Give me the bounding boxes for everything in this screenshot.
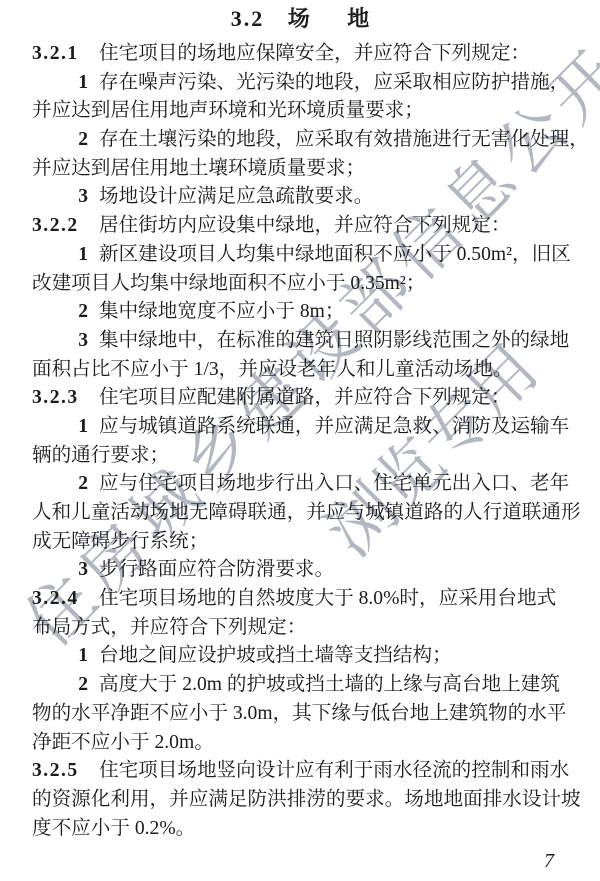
continuation-line: 人和儿童活动场地无障碍联通，并应与城镇道路的人行道联通形 [32,499,574,528]
continuation-line: 并应达到居住用地土壤环境质量要求； [32,155,574,184]
item-line: 1台地之间应设护坡或挡土墙等支挡结构； [32,642,574,671]
clause-number: 3.2.4 [32,585,99,614]
item-number: 3 [32,556,99,585]
continuation-line: 面积占比不应小于 1/3，并应设老年人和儿童活动场地。 [32,356,574,385]
page-number: 7 [544,849,554,873]
clause-line: 3.2.1住宅项目的场地应保障安全，并应符合下列规定： [32,40,574,69]
continuation-line: 净距不应小于 2.0m。 [32,729,574,758]
item-line: 2集中绿地宽度不应小于 8m； [32,298,574,327]
item-line: 1新区建设项目人均集中绿地面积不应小于 0.50m²，旧区 [32,241,574,270]
continuation-line: 成无障碍步行系统； [32,528,574,557]
item-line: 2高度大于 2.0m 的护坡或挡土墙的上缘与高台地上建筑 [32,671,574,700]
continuation-line: 物的水平净距不应小于 3.0m，其下缘与低台地上建筑物的水平 [32,700,574,729]
line-text: 住宅项目应配建附属道路，并应符合下列规定： [99,387,510,408]
section-number: 3.2 [231,6,265,31]
continuation-line: 并应达到居住用地声环境和光环境质量要求； [32,97,574,126]
line-text: 集中绿地宽度不应小于 8m； [99,301,344,322]
clause-number: 3.2.3 [32,384,99,413]
item-number: 3 [32,327,99,356]
item-number: 1 [32,413,99,442]
line-text: 应与住宅项目场地步行出入口、住宅单元出入口、老年 [99,473,569,494]
line-text: 新区建设项目人均集中绿地面积不应小于 0.50m²，旧区 [99,244,571,265]
line-text: 居住街坊内应设集中绿地，并应符合下列规定： [99,215,510,236]
document-page: 住房城乡建设部信息公开 浏览专用 3.2 场 地 3.2.1住宅项目的场地应保障… [0,0,600,881]
item-line: 2应与住宅项目场地步行出入口、住宅单元出入口、老年 [32,470,574,499]
line-text: 存在土壤污染的地段，应采取有效措施进行无害化处理， [99,129,589,150]
item-number: 2 [32,126,99,155]
section-title-word: 地 [347,6,369,31]
line-text: 场地设计应满足应急疏散要求。 [99,186,373,207]
clause-number: 3.2.1 [32,40,99,69]
line-text: 台地之间应设护坡或挡土墙等支挡结构； [99,645,452,666]
item-line: 2存在土壤污染的地段，应采取有效措施进行无害化处理， [32,126,574,155]
item-line: 3集中绿地中，在标准的建筑日照阴影线范围之外的绿地 [32,327,574,356]
line-text: 住宅项目场地的自然坡度大于 8.0%时，应采用台地式 [99,588,556,609]
item-number: 2 [32,671,99,700]
continuation-line: 的资源化利用，并应满足防洪排涝的要求。场地地面排水设计坡 [32,786,574,815]
line-text: 住宅项目场地竖向设计应有利于雨水径流的控制和雨水 [99,760,569,781]
item-number: 1 [32,241,99,270]
line-text: 应与城镇道路系统联通，并应满足急救、消防及运输车 [99,416,569,437]
item-line: 1存在噪声污染、光污染的地段，应采取相应防护措施， [32,69,574,98]
item-number: 1 [32,69,99,98]
line-text: 存在噪声污染、光污染的地段，应采取相应防护措施， [99,72,569,93]
continuation-line: 度不应小于 0.2%。 [32,815,574,844]
continuation-line: 布局方式，并应符合下列规定： [32,614,574,643]
section-title-word: 场 [288,6,310,31]
clause-line: 3.2.2居住街坊内应设集中绿地，并应符合下列规定： [32,212,574,241]
clause-number: 3.2.5 [32,757,99,786]
item-line: 3步行路面应符合防滑要求。 [32,556,574,585]
clause-line: 3.2.5住宅项目场地竖向设计应有利于雨水径流的控制和雨水 [32,757,574,786]
line-text: 住宅项目的场地应保障安全，并应符合下列规定： [99,43,530,64]
item-line: 3场地设计应满足应急疏散要求。 [32,183,574,212]
item-number: 3 [32,183,99,212]
item-number: 2 [32,470,99,499]
item-number: 1 [32,642,99,671]
body-text: 3.2.1住宅项目的场地应保障安全，并应符合下列规定：1存在噪声污染、光污染的地… [32,40,574,843]
clause-line: 3.2.3住宅项目应配建附属道路，并应符合下列规定： [32,384,574,413]
section-title: 3.2 场 地 [0,5,600,33]
clause-number: 3.2.2 [32,212,99,241]
line-text: 步行路面应符合防滑要求。 [99,559,334,580]
clause-line: 3.2.4住宅项目场地的自然坡度大于 8.0%时，应采用台地式 [32,585,574,614]
line-text: 集中绿地中，在标准的建筑日照阴影线范围之外的绿地 [99,330,569,351]
continuation-line: 辆的通行要求； [32,442,574,471]
item-number: 2 [32,298,99,327]
continuation-line: 改建项目人均集中绿地面积不应小于 0.35m²； [32,270,574,299]
line-text: 高度大于 2.0m 的护坡或挡土墙的上缘与高台地上建筑 [99,674,560,695]
item-line: 1应与城镇道路系统联通，并应满足急救、消防及运输车 [32,413,574,442]
